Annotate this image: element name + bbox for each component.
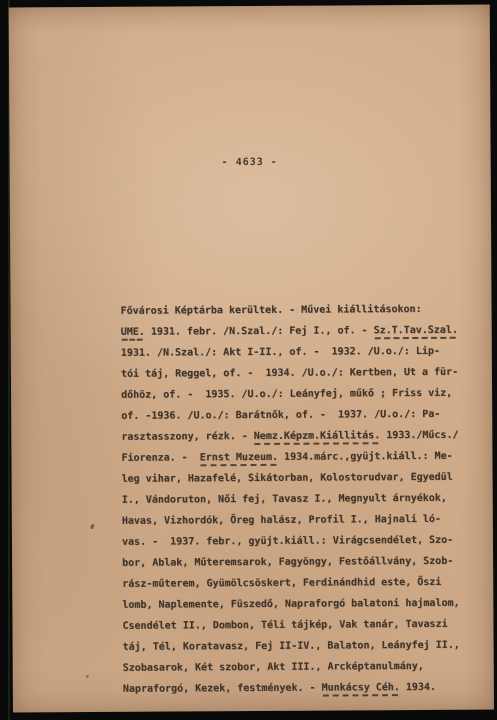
text-segment: 1934.márc.,gyüjt.kiáll.: Me- <box>278 451 453 463</box>
text-line: táj, Tél, Koratavasz, Fej II-IV., Balato… <box>123 635 475 658</box>
text-segment: Fővárosi Képtárba kerültek. - Művei kiál… <box>121 304 422 317</box>
underlined-exhibition-name: Sz.T.Tav.Szal. <box>374 325 458 337</box>
text-segment: 1933./Műcs./ <box>380 430 458 441</box>
ink-speckle <box>90 524 94 530</box>
text-segment: Csendélet II., Dombon, Téli tájkép, Vak … <box>122 619 447 632</box>
text-segment: rász-műterem, Gyümölcsöskert, Ferdinándh… <box>122 577 441 590</box>
text-line: leg vihar, Hazafelé, Sikátorban, Kolosto… <box>122 467 474 490</box>
text-line: Szobasarok, Két szobor, Akt III., Arckép… <box>123 656 475 679</box>
text-segment: of. -1936. /U.o./: Barátnők, of. - 1937.… <box>121 409 440 422</box>
text-line: UME. 1931. febr. /N.Szal./: Fej I., of. … <box>121 320 473 343</box>
text-segment: Fiorenza. - <box>121 452 199 463</box>
text-segment: 1934. <box>400 682 436 693</box>
underlined-exhibition-name: Ernst Muzeum. <box>200 452 278 463</box>
page-number: - 4633 - <box>222 157 278 168</box>
underlined-exhibition-name: UME. <box>121 327 145 338</box>
text-line: I., Vándoruton, Női fej, Tavasz I., Megn… <box>122 488 474 511</box>
text-segment: lomb, Naplemente, Füszedő, Napraforgó ba… <box>122 598 459 611</box>
underlined-exhibition-name: Nemz.Képzm.Kiállitás. <box>254 430 381 442</box>
text-segment: táj, Tél, Koratavasz, Fej II-IV., Balato… <box>123 640 460 653</box>
text-line: lomb, Naplemente, Füszedő, Napraforgó ba… <box>122 593 474 616</box>
text-line: rasztasszony, rézk. - Nemz.Képzm.Kiállit… <box>121 425 473 448</box>
text-segment: I., Vándoruton, Női fej, Tavasz I., Megn… <box>122 493 447 506</box>
text-line: vas. - 1937. febr., gyüjt.kiáll.: Virágc… <box>122 530 474 553</box>
text-line: Fiorenza. - Ernst Muzeum. 1934.márc.,gyü… <box>121 446 473 469</box>
text-segment: Havas, Vizhordók, Öreg halász, Profil I.… <box>122 514 441 527</box>
text-segment: Napraforgó, Kezek, festmények. - <box>123 683 322 695</box>
text-segment: tói táj, Reggel, of. - 1934. /U.o./: Ker… <box>121 367 458 380</box>
text-line: rász-műterem, Gyümölcsöskert, Ferdinándh… <box>122 572 474 595</box>
text-segment: vas. - 1937. febr., gyüjt.kiáll.: Virágc… <box>122 535 453 548</box>
text-line: of. -1936. /U.o./: Barátnők, of. - 1937.… <box>121 404 473 427</box>
text-line: Napraforgó, Kezek, festmények. - Munkács… <box>123 677 475 700</box>
ink-speckle <box>86 675 89 678</box>
text-segment: 1931. /N.Szal./: Akt I-II., of. - 1932. … <box>121 346 440 359</box>
text-line: Csendélet II., Dombon, Téli tájkép, Vak … <box>122 614 474 637</box>
underlined-exhibition-name: Munkácsy Céh. <box>322 682 400 693</box>
text-line: bor, Ablak, Műteremsarok, Fagyöngy, Fest… <box>122 551 474 574</box>
text-segment: Szobasarok, Két szobor, Akt III., Arckép… <box>123 661 424 674</box>
text-line: dőhöz, of. - 1935. /U.o./: Leányfej, műk… <box>121 383 473 406</box>
text-line: Havas, Vizhordók, Öreg halász, Profil I.… <box>122 509 474 532</box>
text-segment: 1931. febr. /N.Szal./: Fej I., of. - <box>145 325 374 337</box>
text-segment: leg vihar, Hazafelé, Sikátorban, Kolosto… <box>122 472 453 485</box>
text-segment: bor, Ablak, Műteremsarok, Fagyöngy, Fest… <box>122 556 453 569</box>
text-line: tói táj, Reggel, of. - 1934. /U.o./: Ker… <box>121 362 473 385</box>
text-line: 1931. /N.Szal./: Akt I-II., of. - 1932. … <box>121 341 473 364</box>
text-segment: dőhöz, of. - 1935. /U.o./: Leányfej, műk… <box>121 388 452 401</box>
typewritten-text: Fővárosi Képtárba kerültek. - Művei kiál… <box>120 299 474 700</box>
scanned-document-page: - 4633 - Fővárosi Képtárba kerültek. - M… <box>0 0 497 720</box>
text-line: Fővárosi Képtárba kerültek. - Művei kiál… <box>120 299 472 322</box>
paper-sheet: - 4633 - Fővárosi Képtárba kerültek. - M… <box>9 5 494 713</box>
text-segment: rasztasszony, rézk. - <box>121 431 254 443</box>
